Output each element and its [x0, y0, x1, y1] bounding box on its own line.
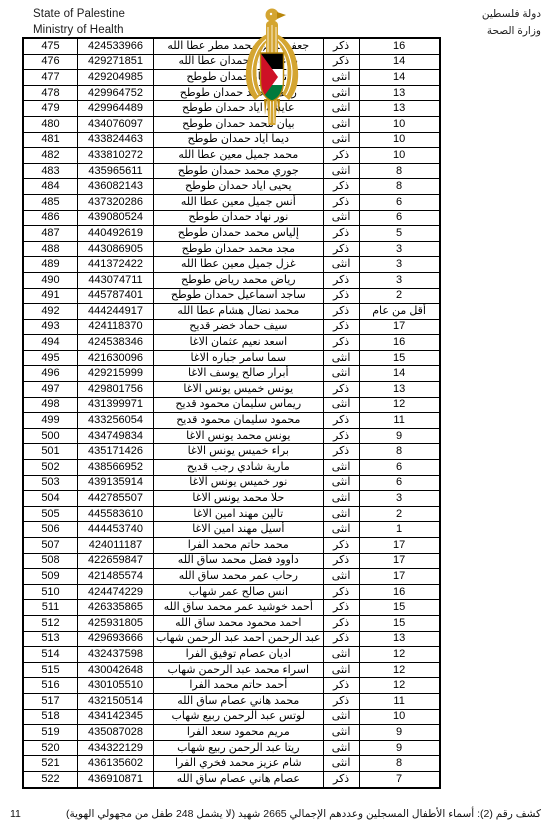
age-cell: 3	[359, 272, 440, 288]
age-cell: 13	[359, 382, 440, 398]
serial-cell: 521	[23, 756, 78, 772]
table-row: 507424011187محمد حاتم محمد الفراذكر17	[23, 538, 440, 554]
table-row: 495421630096سما سامر جباره الاغاانثى15	[23, 350, 440, 366]
gender-cell: انثى	[323, 475, 359, 491]
age-cell: 17	[359, 553, 440, 569]
id-number-cell: 433256054	[78, 413, 154, 429]
name-cell: نور نهاد حمدان طوطح	[154, 210, 324, 226]
table-row: 516430105510أحمد حاتم محمد الفراذكر12	[23, 678, 440, 694]
name-cell: جوري محمد حمدان طوطح	[154, 163, 324, 179]
gender-cell: انثى	[323, 460, 359, 476]
gender-cell: انثى	[323, 132, 359, 148]
name-cell: اديان عصام توفيق الفرا	[154, 647, 324, 663]
header-english: State of Palestine Ministry of Health	[33, 6, 125, 38]
serial-cell: 522	[23, 771, 78, 787]
age-cell: 7	[359, 771, 440, 787]
name-cell: تالين مهند امين الاغا	[154, 506, 324, 522]
id-number-cell: 430042648	[78, 662, 154, 678]
age-cell: 15	[359, 600, 440, 616]
table-row: 520434322129ريتا عبد الرحمن ربيع شهابانث…	[23, 740, 440, 756]
name-cell: أحمد حاتم محمد الفرا	[154, 678, 324, 694]
table-row: 499433256054محمود سليمان محمود قديحذكر11	[23, 413, 440, 429]
table-row: 508422659847داوود فضل محمد ساق اللهذكر17	[23, 553, 440, 569]
table-row: 519435087028مريم محمود سعد الفراانثى9	[23, 725, 440, 741]
age-cell: 10	[359, 132, 440, 148]
gender-cell: انثى	[323, 210, 359, 226]
gender-cell: ذكر	[323, 600, 359, 616]
gender-cell: ذكر	[323, 553, 359, 569]
gender-cell: ذكر	[323, 444, 359, 460]
gender-cell: ذكر	[323, 241, 359, 257]
id-number-cell: 434322129	[78, 740, 154, 756]
table-row: 492444244917محمد نضال هشام عطا اللهذكرأق…	[23, 304, 440, 320]
id-number-cell: 429271851	[78, 54, 154, 70]
name-cell: براء خميس يونس الاغا	[154, 444, 324, 460]
table-row: 512425931805احمد محمود محمد ساق اللهذكر1…	[23, 615, 440, 631]
table-row: 479429964489عايشة اياد حمدان طوطحانثى13	[23, 101, 440, 117]
id-number-cell: 429204985	[78, 70, 154, 86]
serial-cell: 513	[23, 631, 78, 647]
gender-cell: ذكر	[323, 538, 359, 554]
table-row: 509421485574رحاب عمر محمد ساق اللهانثى17	[23, 569, 440, 585]
serial-cell: 512	[23, 615, 78, 631]
serial-cell: 476	[23, 54, 78, 70]
gender-cell: ذكر	[323, 194, 359, 210]
id-number-cell: 439080524	[78, 210, 154, 226]
age-cell: 11	[359, 413, 440, 429]
id-number-cell: 444244917	[78, 304, 154, 320]
gender-cell: انثى	[323, 709, 359, 725]
name-cell: ديما اياد حمدان طوطح	[154, 132, 324, 148]
id-number-cell: 421485574	[78, 569, 154, 585]
serial-cell: 520	[23, 740, 78, 756]
name-cell: أبرار صالح يوسف الاغا	[154, 366, 324, 382]
name-cell: محمود سليمان محمود قديح	[154, 413, 324, 429]
age-cell: 3	[359, 241, 440, 257]
id-number-cell: 435171426	[78, 444, 154, 460]
table-row: 496429215999أبرار صالح يوسف الاغاانثى14	[23, 366, 440, 382]
age-cell: 3	[359, 491, 440, 507]
name-cell: انس صالح عمر شهاب	[154, 584, 324, 600]
gender-cell: ذكر	[323, 148, 359, 164]
id-number-cell: 422659847	[78, 553, 154, 569]
gender-cell: ذكر	[323, 319, 359, 335]
name-cell: مارية شادي رجب قديح	[154, 460, 324, 476]
gender-cell: انثى	[323, 70, 359, 86]
id-number-cell: 424538346	[78, 335, 154, 351]
serial-cell: 509	[23, 569, 78, 585]
serial-cell: 511	[23, 600, 78, 616]
age-cell: 16	[359, 335, 440, 351]
table-row: 483435965611جوري محمد حمدان طوطحانثى8	[23, 163, 440, 179]
serial-cell: 483	[23, 163, 78, 179]
id-number-cell: 443086905	[78, 241, 154, 257]
id-number-cell: 434749834	[78, 428, 154, 444]
header-en-line2: Ministry of Health	[33, 22, 125, 38]
id-number-cell: 435965611	[78, 163, 154, 179]
age-cell: 9	[359, 725, 440, 741]
gender-cell: ذكر	[323, 54, 359, 70]
gender-cell: ذكر	[323, 678, 359, 694]
id-number-cell: 430105510	[78, 678, 154, 694]
serial-cell: 498	[23, 397, 78, 413]
table-row: 500434749834يونس محمد يونس الاغاذكر9	[23, 428, 440, 444]
name-cell: يونس محمد يونس الاغا	[154, 428, 324, 444]
table-row: 506444453740أسيل مهند امين الاغاانثى1	[23, 522, 440, 538]
table-row: 515430042648اسراء محمد عبد الرحمن شهابان…	[23, 662, 440, 678]
records-table: 475424533966جعفر ناصر محمد مطر عطا اللهذ…	[22, 37, 441, 789]
table-row: 480434076097بيان محمد حمدان طوطحانثى10	[23, 116, 440, 132]
name-cell: ريماس سليمان محمود قديح	[154, 397, 324, 413]
id-number-cell: 439135914	[78, 475, 154, 491]
gender-cell: ذكر	[323, 288, 359, 304]
age-cell: 8	[359, 179, 440, 195]
table-row: 487440492619إلياس محمد حمدان طوطحذكر5	[23, 226, 440, 242]
name-cell: مجد محمد حمدان طوطح	[154, 241, 324, 257]
gender-cell: ذكر	[323, 304, 359, 320]
age-cell: 12	[359, 678, 440, 694]
id-number-cell: 445787401	[78, 288, 154, 304]
serial-cell: 480	[23, 116, 78, 132]
serial-cell: 506	[23, 522, 78, 538]
name-cell: حلا محمد يونس الاغا	[154, 491, 324, 507]
serial-cell: 492	[23, 304, 78, 320]
table-row: 485437320286أنس جميل معين عطا اللهذكر6	[23, 194, 440, 210]
serial-cell: 515	[23, 662, 78, 678]
serial-cell: 475	[23, 38, 78, 54]
id-number-cell: 429964489	[78, 101, 154, 117]
serial-cell: 487	[23, 226, 78, 242]
serial-cell: 507	[23, 538, 78, 554]
serial-cell: 494	[23, 335, 78, 351]
id-number-cell: 440492619	[78, 226, 154, 242]
age-cell: 8	[359, 444, 440, 460]
footer-caption: كشف رقم (2): أسماء الأطفال المسجلين وعدد…	[21, 808, 541, 820]
table-row: 488443086905مجد محمد حمدان طوطحذكر3	[23, 241, 440, 257]
serial-cell: 516	[23, 678, 78, 694]
table-row: 501435171426براء خميس يونس الاغاذكر8	[23, 444, 440, 460]
age-cell: 14	[359, 366, 440, 382]
gender-cell: انثى	[323, 522, 359, 538]
name-cell: إلياس محمد حمدان طوطح	[154, 226, 324, 242]
age-cell: 5	[359, 226, 440, 242]
gender-cell: انثى	[323, 366, 359, 382]
id-number-cell: 429801756	[78, 382, 154, 398]
gender-cell: ذكر	[323, 631, 359, 647]
gender-cell: انثى	[323, 662, 359, 678]
serial-cell: 488	[23, 241, 78, 257]
gender-cell: ذكر	[323, 226, 359, 242]
id-number-cell: 445583610	[78, 506, 154, 522]
age-cell: 6	[359, 194, 440, 210]
gender-cell: انثى	[323, 85, 359, 101]
name-cell: شام عزيز محمد فخري الفرا	[154, 756, 324, 772]
serial-cell: 496	[23, 366, 78, 382]
gender-cell: انثى	[323, 740, 359, 756]
name-cell: يونس خميس يونس الاغا	[154, 382, 324, 398]
id-number-cell: 435087028	[78, 725, 154, 741]
gender-cell: انثى	[323, 116, 359, 132]
age-cell: 12	[359, 397, 440, 413]
table-row: 505445583610تالين مهند امين الاغاانثى2	[23, 506, 440, 522]
serial-cell: 493	[23, 319, 78, 335]
table-row: 486439080524نور نهاد حمدان طوطحانثى6	[23, 210, 440, 226]
header-ar-line1: دولة فلسطين	[482, 6, 541, 23]
table-row: 482433810272محمد جميل معين عطا اللهذكر10	[23, 148, 440, 164]
serial-cell: 504	[23, 491, 78, 507]
name-cell: أحمد خوشيد عمر محمد ساق الله	[154, 600, 324, 616]
page-number: 11	[10, 808, 21, 820]
name-cell: احمد محمود محمد ساق الله	[154, 615, 324, 631]
serial-cell: 519	[23, 725, 78, 741]
serial-cell: 514	[23, 647, 78, 663]
table-row: 502438566952مارية شادي رجب قديحانثى6	[23, 460, 440, 476]
id-number-cell: 437320286	[78, 194, 154, 210]
age-cell: 16	[359, 38, 440, 54]
gender-cell: انثى	[323, 257, 359, 273]
serial-cell: 503	[23, 475, 78, 491]
table-row: 503439135914نور خميس يونس الاغاانثى6	[23, 475, 440, 491]
age-cell: 17	[359, 538, 440, 554]
table-row: 504442785507حلا محمد يونس الاغاانثى3	[23, 491, 440, 507]
gender-cell: ذكر	[323, 584, 359, 600]
id-number-cell: 438566952	[78, 460, 154, 476]
name-cell: عبد الرحمن أحمد عبد الرحمن شهاب	[154, 631, 324, 647]
table-row: 517432150514محمد هاني عصام ساق اللهذكر11	[23, 693, 440, 709]
name-cell: داوود فضل محمد ساق الله	[154, 553, 324, 569]
name-cell: أنس جميل معين عطا الله	[154, 194, 324, 210]
gender-cell: ذكر	[323, 771, 359, 787]
id-number-cell: 424011187	[78, 538, 154, 554]
serial-cell: 505	[23, 506, 78, 522]
table-row: 494424538346اسعد نعيم عثمان الاغاذكر16	[23, 335, 440, 351]
header-arabic: دولة فلسطين وزارة الصحة	[482, 6, 541, 40]
age-cell: 6	[359, 460, 440, 476]
gender-cell: انثى	[323, 350, 359, 366]
serial-cell: 479	[23, 101, 78, 117]
id-number-cell: 426335865	[78, 600, 154, 616]
age-cell: 10	[359, 148, 440, 164]
name-cell: اسعد نعيم عثمان الاغا	[154, 335, 324, 351]
age-cell: 12	[359, 662, 440, 678]
serial-cell: 518	[23, 709, 78, 725]
id-number-cell: 432150514	[78, 693, 154, 709]
age-cell: 13	[359, 631, 440, 647]
serial-cell: 499	[23, 413, 78, 429]
gender-cell: ذكر	[323, 179, 359, 195]
age-cell: 12	[359, 647, 440, 663]
id-number-cell: 436082143	[78, 179, 154, 195]
serial-cell: 495	[23, 350, 78, 366]
age-cell: 1	[359, 522, 440, 538]
age-cell: 15	[359, 350, 440, 366]
name-cell: عصام هاني عصام ساق الله	[154, 771, 324, 787]
table-row: 513429693666عبد الرحمن أحمد عبد الرحمن ش…	[23, 631, 440, 647]
name-cell: اسراء محمد عبد الرحمن شهاب	[154, 662, 324, 678]
age-cell: 2	[359, 288, 440, 304]
age-cell: 9	[359, 740, 440, 756]
table-row: 511426335865أحمد خوشيد عمر محمد ساق الله…	[23, 600, 440, 616]
gender-cell: انثى	[323, 397, 359, 413]
serial-cell: 477	[23, 70, 78, 86]
age-cell: 17	[359, 319, 440, 335]
serial-cell: 500	[23, 428, 78, 444]
gender-cell: ذكر	[323, 335, 359, 351]
age-cell: 8	[359, 163, 440, 179]
serial-cell: 485	[23, 194, 78, 210]
age-cell: 13	[359, 101, 440, 117]
header-ar-line2: وزارة الصحة	[482, 23, 541, 40]
serial-cell: 482	[23, 148, 78, 164]
id-number-cell: 433824463	[78, 132, 154, 148]
name-cell: ساجد اسماعيل حمدان طوطح	[154, 288, 324, 304]
age-cell: 14	[359, 54, 440, 70]
gender-cell: انثى	[323, 569, 359, 585]
name-cell: محمد نضال هشام عطا الله	[154, 304, 324, 320]
id-number-cell: 436135602	[78, 756, 154, 772]
id-number-cell: 441372422	[78, 257, 154, 273]
id-number-cell: 432437598	[78, 647, 154, 663]
id-number-cell: 431399971	[78, 397, 154, 413]
id-number-cell: 424533966	[78, 38, 154, 54]
id-number-cell: 424118370	[78, 319, 154, 335]
table-row: 497429801756يونس خميس يونس الاغاذكر13	[23, 382, 440, 398]
table-row: 521436135602شام عزيز محمد فخري الفراانثى…	[23, 756, 440, 772]
serial-cell: 489	[23, 257, 78, 273]
palestine-coat-of-arms-icon	[242, 3, 302, 127]
id-number-cell: 434142345	[78, 709, 154, 725]
age-cell: 8	[359, 756, 440, 772]
table-row: 475424533966جعفر ناصر محمد مطر عطا اللهذ…	[23, 38, 440, 54]
gender-cell: ذكر	[323, 428, 359, 444]
id-number-cell: 425931805	[78, 615, 154, 631]
gender-cell: انثى	[323, 491, 359, 507]
age-cell: 10	[359, 116, 440, 132]
id-number-cell: 442785507	[78, 491, 154, 507]
id-number-cell: 429215999	[78, 366, 154, 382]
age-cell: 2	[359, 506, 440, 522]
table-row: 489441372422غزل جميل معين عطا اللهانثى3	[23, 257, 440, 273]
records-table-wrap: 475424533966جعفر ناصر محمد مطر عطا اللهذ…	[22, 37, 441, 789]
gender-cell: انثى	[323, 647, 359, 663]
gender-cell: انثى	[323, 101, 359, 117]
table-row: 510424474229انس صالح عمر شهابذكر16	[23, 584, 440, 600]
name-cell: محمد هاني عصام ساق الله	[154, 693, 324, 709]
age-cell: 6	[359, 475, 440, 491]
gender-cell: ذكر	[323, 693, 359, 709]
gender-cell: انثى	[323, 506, 359, 522]
name-cell: رحاب عمر محمد ساق الله	[154, 569, 324, 585]
name-cell: يحيى اياد حمدان طوطح	[154, 179, 324, 195]
id-number-cell: 421630096	[78, 350, 154, 366]
age-cell: 17	[359, 569, 440, 585]
gender-cell: ذكر	[323, 413, 359, 429]
age-cell: 9	[359, 428, 440, 444]
serial-cell: 484	[23, 179, 78, 195]
name-cell: غزل جميل معين عطا الله	[154, 257, 324, 273]
gender-cell: انثى	[323, 725, 359, 741]
name-cell: رياض محمد رياض طوطح	[154, 272, 324, 288]
serial-cell: 501	[23, 444, 78, 460]
gender-cell: ذكر	[323, 615, 359, 631]
table-row: 518434142345لوتس عبد الرحمن ربيع شهابانث…	[23, 709, 440, 725]
gender-cell: ذكر	[323, 382, 359, 398]
name-cell: نور خميس يونس الاغا	[154, 475, 324, 491]
gender-cell: انثى	[323, 756, 359, 772]
table-row: 522436910871عصام هاني عصام ساق اللهذكر7	[23, 771, 440, 787]
serial-cell: 502	[23, 460, 78, 476]
table-row: 476429271851بهاء هشام حمدان عطا اللهذكر1…	[23, 54, 440, 70]
serial-cell: 490	[23, 272, 78, 288]
age-cell: 10	[359, 709, 440, 725]
gender-cell: ذكر	[323, 272, 359, 288]
serial-cell: 517	[23, 693, 78, 709]
name-cell: أسيل مهند امين الاغا	[154, 522, 324, 538]
name-cell: ريتا عبد الرحمن ربيع شهاب	[154, 740, 324, 756]
name-cell: سما سامر جباره الاغا	[154, 350, 324, 366]
name-cell: مريم محمود سعد الفرا	[154, 725, 324, 741]
table-row: 493424118370سيف حماد خضر قديحذكر17	[23, 319, 440, 335]
gender-cell: ذكر	[323, 38, 359, 54]
id-number-cell: 436910871	[78, 771, 154, 787]
age-cell: 15	[359, 615, 440, 631]
table-row: 481433824463ديما اياد حمدان طوطحانثى10	[23, 132, 440, 148]
name-cell: لوتس عبد الرحمن ربيع شهاب	[154, 709, 324, 725]
age-cell: أقل من عام	[359, 304, 440, 320]
id-number-cell: 443074711	[78, 272, 154, 288]
id-number-cell: 434076097	[78, 116, 154, 132]
id-number-cell: 429964752	[78, 85, 154, 101]
id-number-cell: 444453740	[78, 522, 154, 538]
serial-cell: 481	[23, 132, 78, 148]
header-en-line1: State of Palestine	[33, 6, 125, 22]
age-cell: 16	[359, 584, 440, 600]
age-cell: 11	[359, 693, 440, 709]
id-number-cell: 424474229	[78, 584, 154, 600]
table-row: 478429964752رهف محمد حمدان طوطحانثى13	[23, 85, 440, 101]
id-number-cell: 429693666	[78, 631, 154, 647]
table-row: 484436082143يحيى اياد حمدان طوطحذكر8	[23, 179, 440, 195]
table-row: 514432437598اديان عصام توفيق الفراانثى12	[23, 647, 440, 663]
id-number-cell: 433810272	[78, 148, 154, 164]
gender-cell: انثى	[323, 163, 359, 179]
serial-cell: 510	[23, 584, 78, 600]
age-cell: 3	[359, 257, 440, 273]
serial-cell: 508	[23, 553, 78, 569]
name-cell: سيف حماد خضر قديح	[154, 319, 324, 335]
serial-cell: 478	[23, 85, 78, 101]
table-row: 498431399971ريماس سليمان محمود قديحانثى1…	[23, 397, 440, 413]
age-cell: 13	[359, 85, 440, 101]
document-page: State of Palestine Ministry of Health دو…	[0, 0, 550, 830]
serial-cell: 497	[23, 382, 78, 398]
table-row: 477429204985بتول اياد حمدان طوطحانثى14	[23, 70, 440, 86]
table-row: 490443074711رياض محمد رياض طوطحذكر3	[23, 272, 440, 288]
serial-cell: 486	[23, 210, 78, 226]
age-cell: 14	[359, 70, 440, 86]
name-cell: محمد جميل معين عطا الله	[154, 148, 324, 164]
table-row: 491445787401ساجد اسماعيل حمدان طوطحذكر2	[23, 288, 440, 304]
records-tbody: 475424533966جعفر ناصر محمد مطر عطا اللهذ…	[23, 38, 440, 788]
serial-cell: 491	[23, 288, 78, 304]
name-cell: محمد حاتم محمد الفرا	[154, 538, 324, 554]
age-cell: 6	[359, 210, 440, 226]
